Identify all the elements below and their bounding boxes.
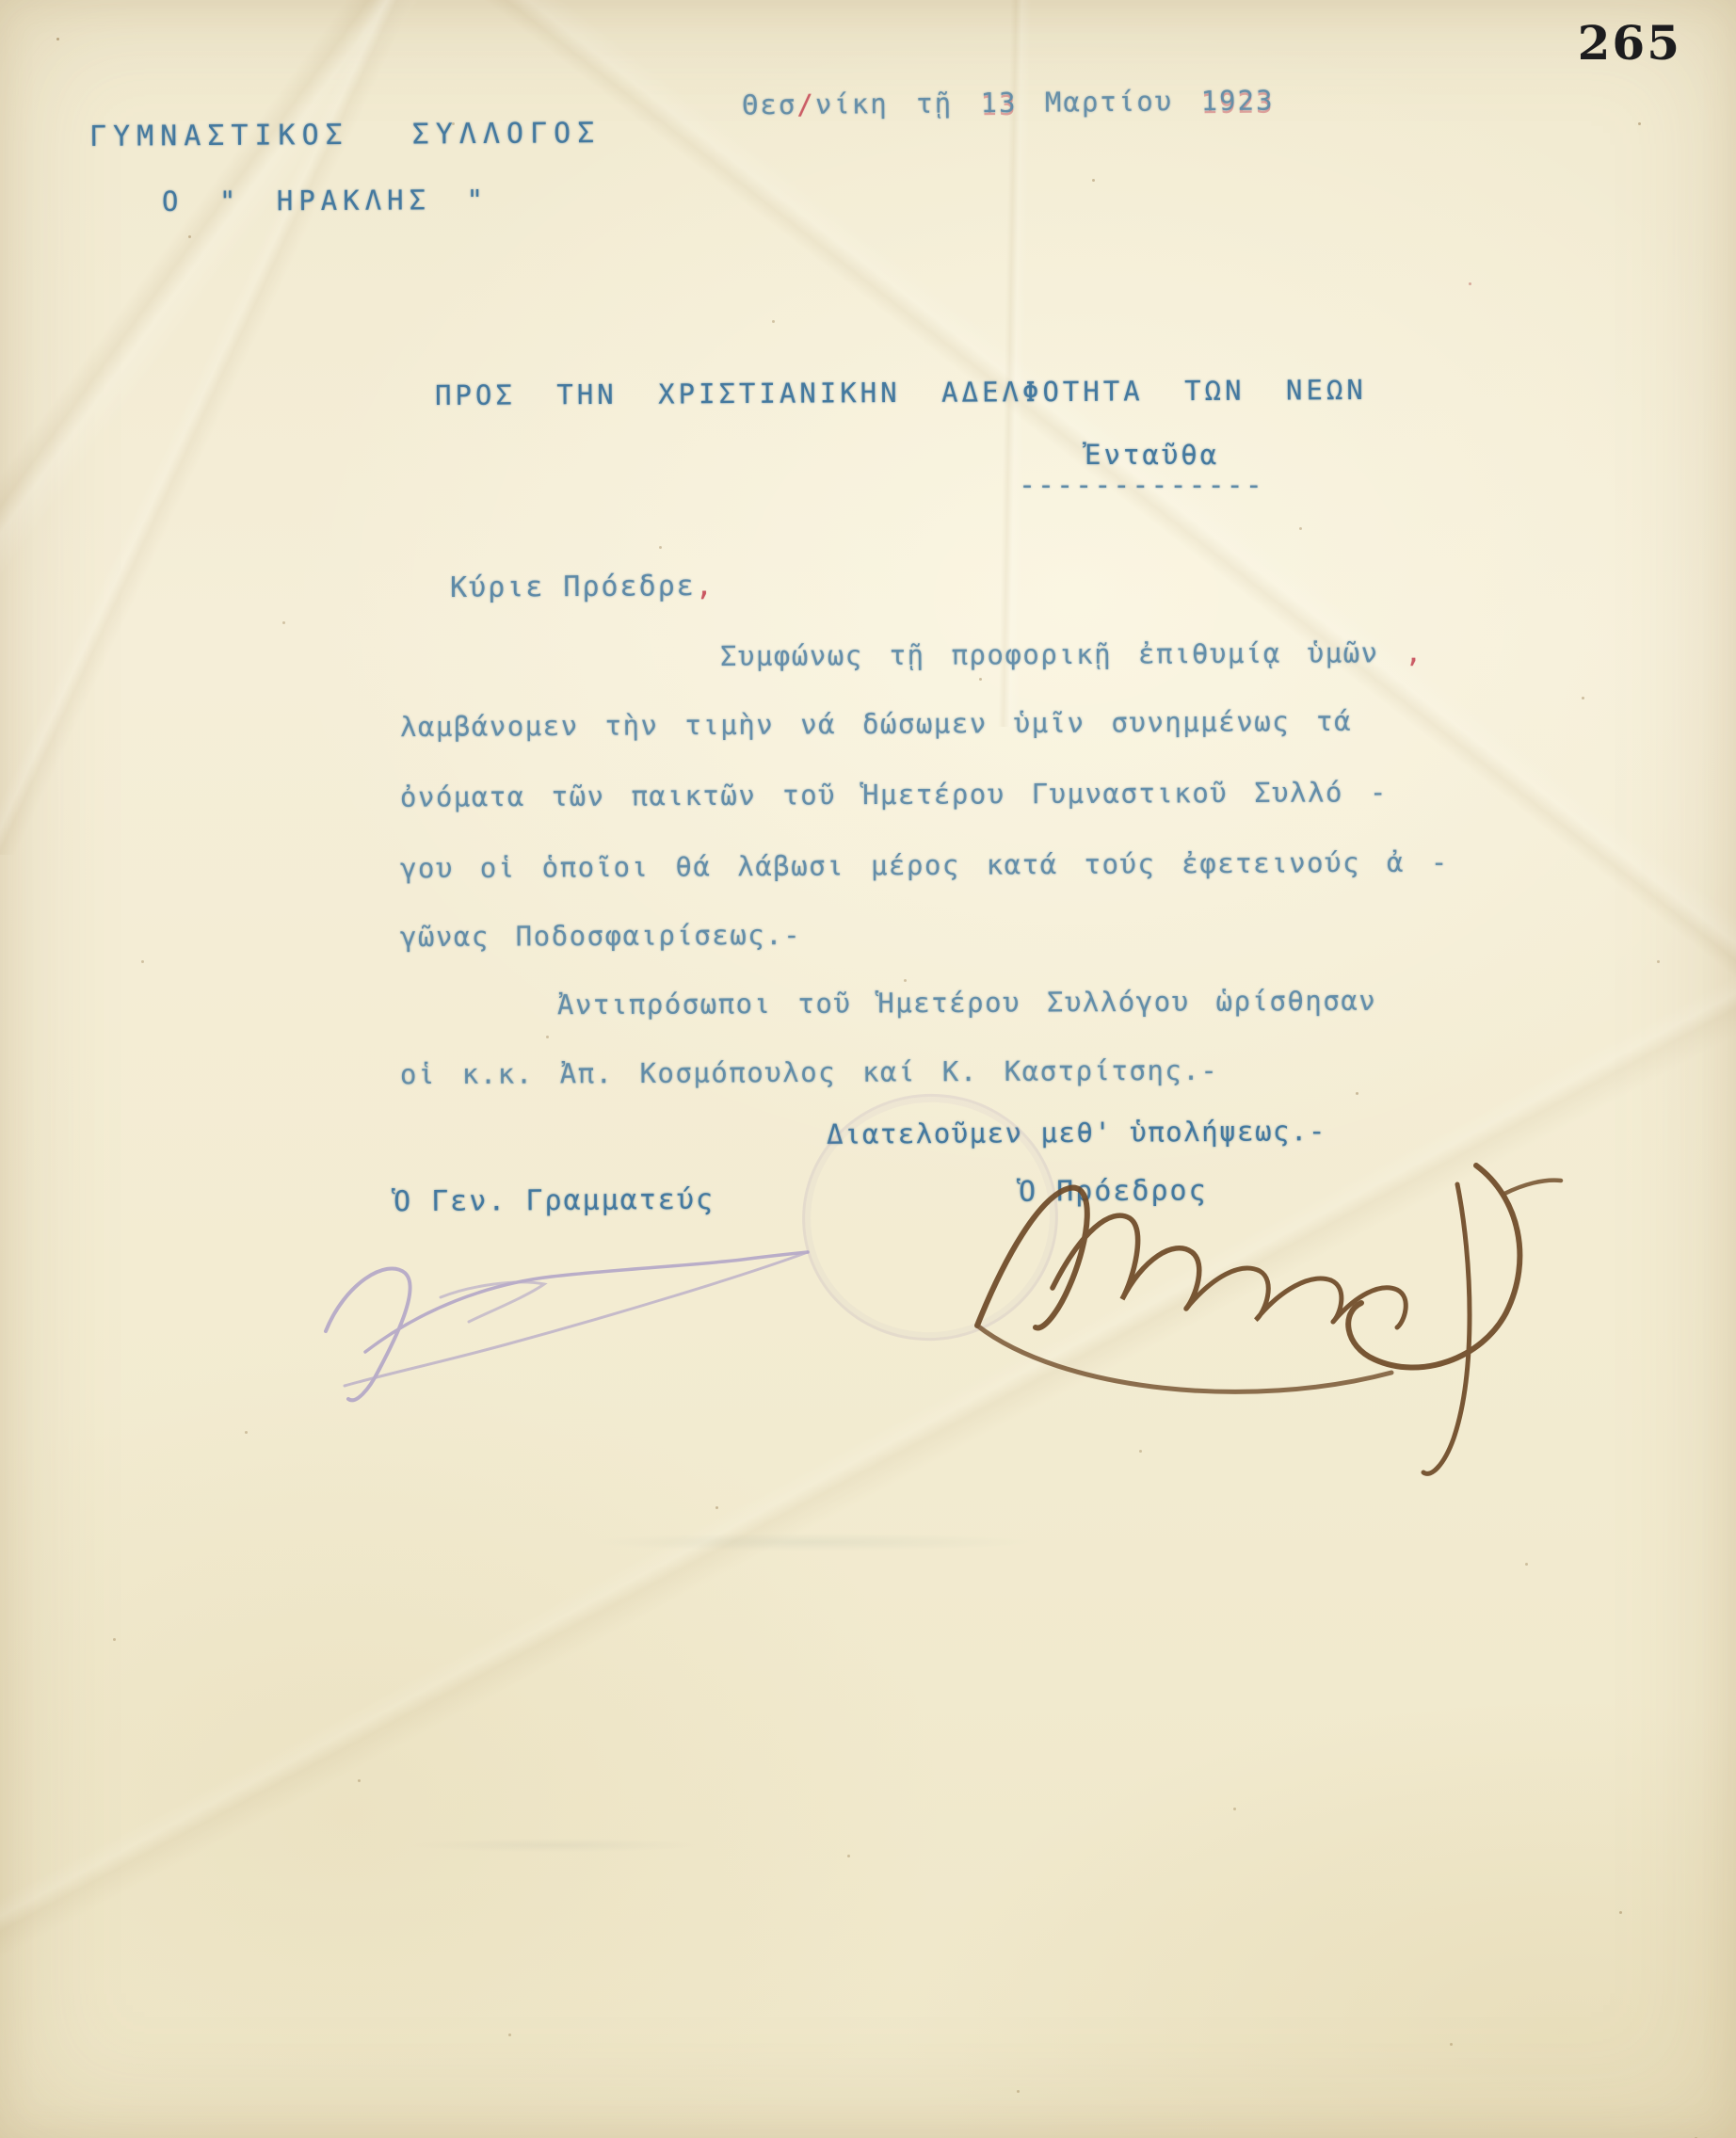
body-line: Συμφώνως τῇ προφορικῇ ἐπιθυμίᾳ ὑμῶν ,	[720, 636, 1423, 672]
page-number: 265	[1578, 15, 1681, 71]
body-line: γου οἱ ὁποῖοι θά λάβωσι μέρος κατά τούς …	[400, 846, 1449, 885]
secretary-signature	[299, 1211, 921, 1427]
show-through-smudge	[508, 1530, 1111, 1554]
org-name-line1: ΓΥΜΝΑΣΤΙΚΟΣ ΣΥΛΛΟΓΟΣ	[89, 117, 601, 153]
body-line-text: Συμφώνως τῇ προφορικῇ ἐπιθυμίᾳ ὑμῶν	[720, 636, 1379, 672]
dateline-day: 13	[980, 87, 1017, 119]
body-line: Ἀντιπρόσωποι τοῦ Ἡμετέρου Συλλόγου ὡρίσθ…	[557, 985, 1376, 1021]
salutation-comma: ,	[696, 570, 715, 603]
body-line: οἱ κ.κ. Ἀπ. Κοσμόπουλος καί Κ. Καστρίτση…	[400, 1054, 1218, 1091]
dateline-slash: /	[796, 88, 815, 121]
dateline-month: Μαρτίου	[1045, 85, 1174, 118]
salutation-text: Κύριε Πρόεδρε	[450, 570, 696, 604]
dateline: Θεσ/νίκη τῇ 13 Μαρτίου 1923	[742, 85, 1275, 121]
org-name-line2: Ο " ΗΡΑΚΛΗΣ "	[162, 184, 489, 217]
paper-speckles	[56, 38, 59, 40]
dateline-year: 1923	[1200, 85, 1274, 118]
body-line: λαμβάνομεν τὴν τιμὴν νά δώσωμεν ὑμῖν συν…	[400, 705, 1352, 743]
recipient-location: Ἐνταῦθα	[1085, 439, 1219, 471]
body-line: ὀνόματα τῶν παικτῶν τοῦ Ἡμετέρου Γυμναστ…	[400, 776, 1388, 812]
show-through-smudge	[358, 1836, 753, 1855]
president-signature	[949, 1128, 1580, 1486]
typed-divider: -------------	[1019, 469, 1264, 502]
recipient-line: ΠΡΟΣ ΤΗΝ ΧΡΙΣΤΙΑΝΙΚΗΝ ΑΔΕΛΦΟΤΗΤΑ ΤΩΝ ΝΕΩ…	[435, 374, 1367, 411]
body-line: γῶνας Ποδοσφαιρίσεως.-	[400, 919, 801, 953]
dateline-place-rest: νίκη τῇ	[815, 88, 954, 121]
salutation: Κύριε Πρόεδρε,	[450, 570, 715, 604]
dateline-place: Θεσ	[742, 88, 797, 121]
body-line-red-comma: ,	[1379, 636, 1423, 668]
